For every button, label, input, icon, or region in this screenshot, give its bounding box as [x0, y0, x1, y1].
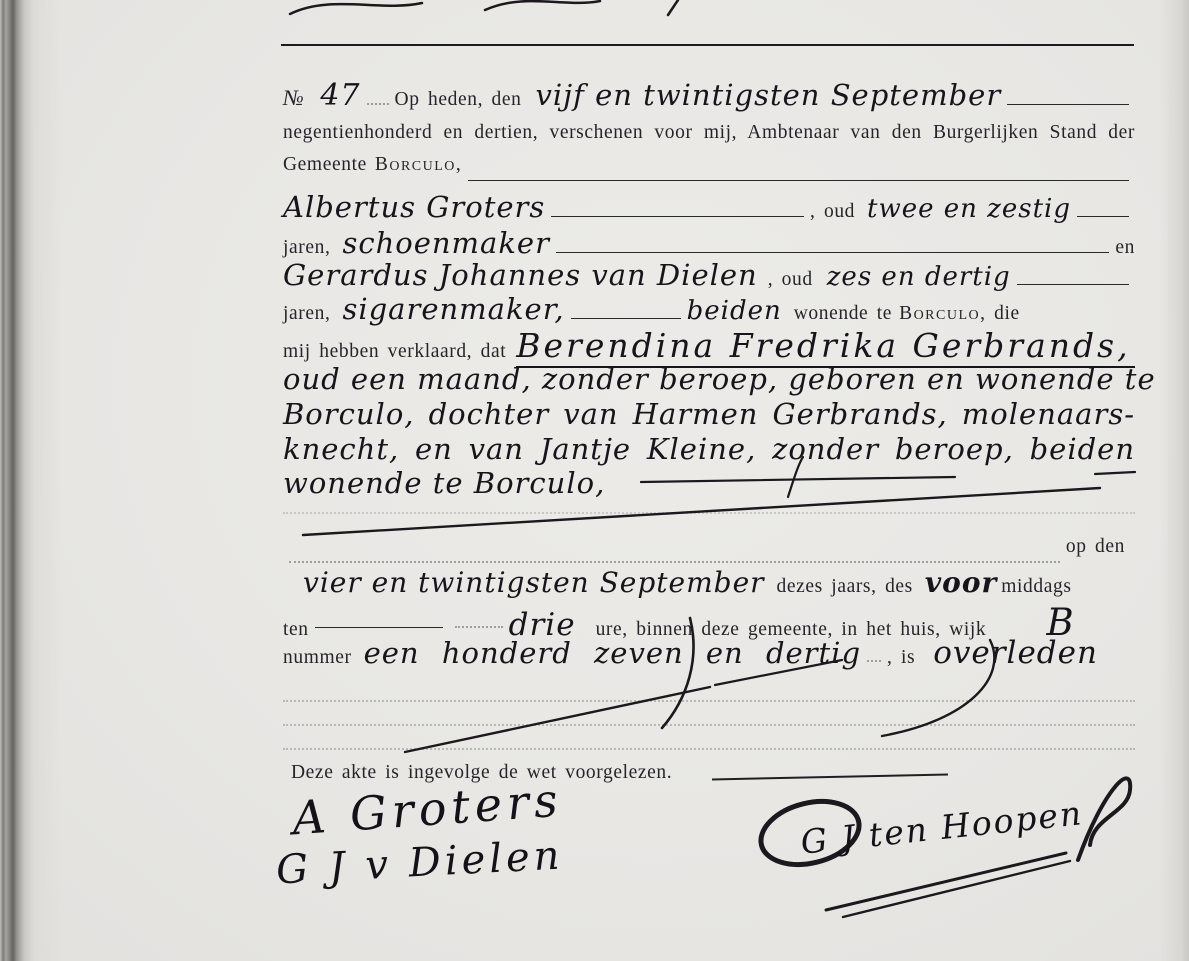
gemeente-label: Gemeente: [283, 154, 367, 176]
oud-label: , oud: [768, 269, 813, 291]
declarant1-name: Albertus Groters: [283, 190, 545, 224]
act-line-death-date: vier en twintigsten September dezes jaar…: [283, 566, 1135, 600]
death-certificate-scan: № 47 Op heden, den vijf en twintigsten S…: [0, 0, 1189, 961]
rule-fill: [551, 216, 804, 217]
op-heden-label: Op heden, den: [395, 89, 522, 111]
act-line-deceased-info-2: Borculo, dochter van Harmen Gerbrands, m…: [283, 397, 1135, 431]
middags-label: middags: [1001, 576, 1071, 598]
dotted-rule: [289, 561, 1060, 563]
cropped-strokes-top: [270, 0, 710, 18]
header-rule: [281, 44, 1134, 46]
act-line-opening: № 47 Op heden, den vijf en twintigsten S…: [283, 78, 1135, 112]
act-line-declarant1: Albertus Groters , oud twee en zestig: [283, 190, 1135, 224]
deceased-info-line: oud een maand, zonder beroep, geboren en…: [283, 362, 1135, 396]
act-number-label: №: [283, 85, 304, 111]
oud-label: , oud: [810, 201, 855, 223]
rule-fill: [468, 180, 1129, 181]
act-line-occupation1: jaren, schoenmaker en: [283, 226, 1135, 260]
wonende-label: wonende te: [794, 303, 892, 325]
act-line-declaration: mij hebben verklaard, dat Berendina Fred…: [283, 326, 1135, 360]
rule-fill: [571, 318, 681, 319]
act-line-occupation2: jaren, sigarenmaker, beiden wonende te B…: [283, 292, 1135, 326]
act-date: vijf en twintigsten September: [536, 78, 1002, 112]
dezes-jaars-label: dezes jaars, des: [777, 576, 913, 598]
declarant2-age: zes en dertig: [827, 262, 1011, 292]
rule-fill: [556, 252, 1109, 253]
deceased-info-line: Borculo, dochter van Harmen Gerbrands, m…: [283, 397, 1135, 431]
act-line-gemeente: Gemeente Borculo,: [283, 154, 1135, 188]
book-binding-edge: [0, 0, 62, 961]
beiden-word: beiden: [687, 296, 782, 326]
rule-fill: [1077, 216, 1129, 217]
year-and-official-text: negentienhonderd en dertien, verschenen …: [283, 122, 1135, 144]
act-number: 47: [320, 78, 360, 113]
en-label: en: [1115, 237, 1135, 259]
wonende-place: Borculo: [899, 303, 980, 325]
nummer-label: nummer: [283, 647, 352, 669]
declarant1-age: twee en zestig: [867, 194, 1071, 224]
act-line-year: negentienhonderd en dertien, verschenen …: [283, 122, 1135, 156]
act-line-deceased-info-1: oud een maand, zonder beroep, geboren en…: [283, 362, 1135, 396]
rule-fill: [1017, 284, 1129, 285]
declarant1-occupation: schoenmaker: [342, 226, 550, 260]
void-strokes-lower: [390, 628, 1080, 763]
gemeente-place: Borculo,: [375, 154, 462, 176]
die-label: , die: [980, 303, 1020, 325]
rule-fill: [1007, 104, 1129, 105]
death-date: vier en twintigsten September: [303, 566, 765, 599]
jaren-label: jaren,: [283, 237, 330, 259]
declarant2-name: Gerardus Johannes van Dielen: [283, 258, 758, 292]
dotted-gap: [367, 103, 389, 105]
declaration-label: mij hebben verklaard, dat: [283, 341, 506, 363]
voor-word: voor: [925, 566, 997, 599]
jaren-label: jaren,: [283, 303, 330, 325]
declarant2-occupation: sigarenmaker,: [342, 292, 564, 326]
act-line-declarant2: Gerardus Johannes van Dielen , oud zes e…: [283, 258, 1135, 292]
void-strokes-upper: [283, 455, 1143, 550]
